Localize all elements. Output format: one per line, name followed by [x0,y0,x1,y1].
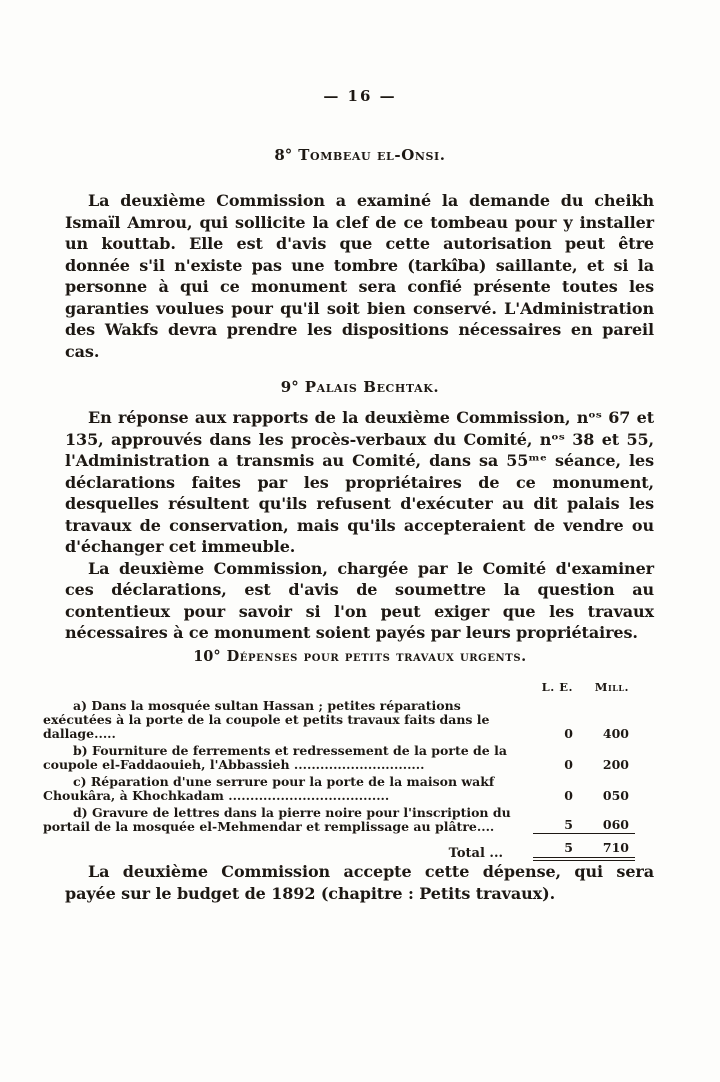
paragraph: La deuxième Commission a examiné la dema… [65,190,654,362]
section-10-closing: La deuxième Commission accepte cette dép… [65,861,654,904]
paragraph: La deuxième Commission accepte cette dép… [65,861,654,904]
document-page: — 16 — 8°Tombeau el-Onsi. La deuxième Co… [0,0,720,1082]
expense-item-label: d) Gravure de lettres dans la pierre noi… [43,806,533,834]
mill-value: 050 [573,789,635,803]
le-value: 0 [533,789,573,803]
total-label: Total ... [449,847,533,861]
total-mill-value: 710 [573,841,635,855]
section-title: Dépenses pour petits travaux urgents. [227,648,527,665]
section-number: 10° [193,648,220,665]
total-le-value: 5 [533,841,573,855]
expense-item-label: c) Réparation d'une serrure pour la port… [43,775,533,803]
section-8-body: La deuxième Commission a examiné la dema… [65,190,654,362]
section-number: 9° [281,378,299,396]
table-total-row: Total ... 5 710 [43,841,635,861]
section-title: Palais Bechtak. [305,378,440,396]
section-heading-8: 8°Tombeau el-Onsi. [0,146,720,164]
table-row: a) Dans la mosquée sultan Hassan ; petit… [43,699,635,741]
paragraph: En réponse aux rapports de la deuxième C… [65,407,654,558]
table-header-le: L. E. [533,680,573,694]
le-value: 0 [533,727,573,741]
section-heading-9: 9°Palais Bechtak. [0,378,720,396]
table-row: d) Gravure de lettres dans la pierre noi… [43,806,635,834]
section-9-body: En réponse aux rapports de la deuxième C… [65,407,654,644]
le-value: 0 [533,758,573,772]
mill-value: 400 [573,727,635,741]
table-header-mill: Mill. [573,680,635,694]
expense-item-label: a) Dans la mosquée sultan Hassan ; petit… [43,699,533,741]
table-row: c) Réparation d'une serrure pour la port… [43,775,635,803]
expense-table: L. E. Mill. a) Dans la mosquée sultan Ha… [43,680,635,861]
page-number: — 16 — [0,87,720,105]
paragraph: La deuxième Commission, chargée par le C… [65,558,654,644]
expense-item-label: b) Fourniture de ferrements et redressem… [43,744,533,772]
mill-value: 200 [573,758,635,772]
table-row: b) Fourniture de ferrements et redressem… [43,744,635,772]
table-header-row: L. E. Mill. [43,680,635,694]
section-number: 8° [274,146,292,164]
section-title: Tombeau el-Onsi. [298,146,445,164]
section-heading-10: 10°Dépenses pour petits travaux urgents. [0,648,720,665]
le-value: 5 [533,818,573,832]
mill-value: 060 [573,818,635,832]
